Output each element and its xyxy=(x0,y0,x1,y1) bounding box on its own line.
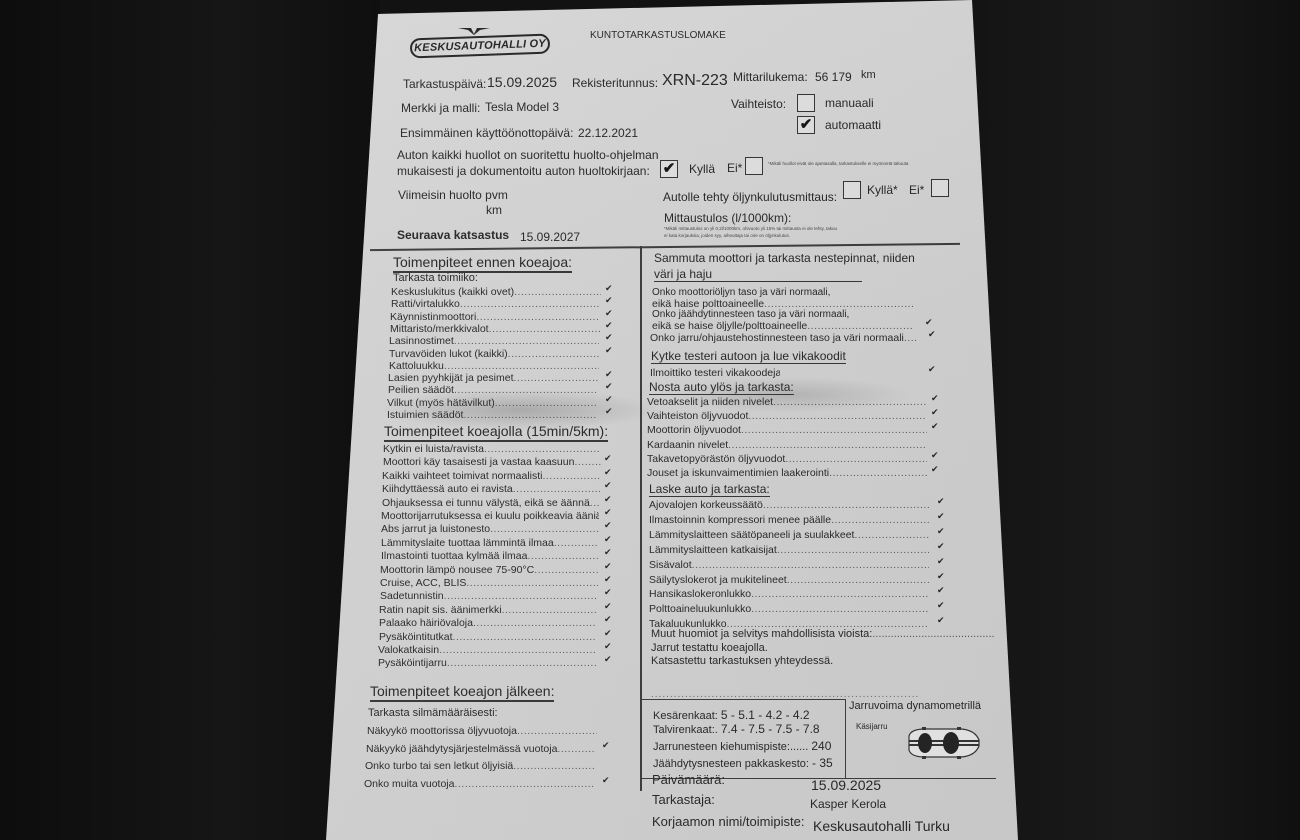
checklist-item: Ilmastoinnin kompressori menee päälle...… xyxy=(649,514,929,526)
coolant-label: Jäähdytysnesteen pakkaskesto: - 35 xyxy=(653,756,833,770)
checklist-item: Keskuslukitus (kaikki ovet).............… xyxy=(391,286,601,298)
oil-footnote-1: *Mikäli mittaustulos on yli 0,2l/1000km,… xyxy=(664,226,837,231)
company-logo-wing-icon xyxy=(458,27,490,35)
checklist-item: Pysäköintijarru.........................… xyxy=(378,657,596,669)
checklist-item-label: Moottorin öljyvuodot xyxy=(647,424,741,436)
dotted-leader: ........................................… xyxy=(484,443,601,455)
check-icon[interactable]: ✔ xyxy=(937,526,945,537)
dotted-leader: ........................................… xyxy=(785,453,927,465)
check-icon: ✔ xyxy=(663,160,676,177)
check-icon[interactable]: ✔ xyxy=(604,547,612,558)
checklist-item-label: Käynnistinmoottori xyxy=(390,311,476,323)
checklist-item: Lasinnostimet...........................… xyxy=(389,335,599,347)
oil-footnote-2: ei kata korjauksia, joiden syy, aiheutta… xyxy=(664,233,790,238)
check-icon[interactable]: ✔ xyxy=(931,464,939,475)
checklist-item-label: Kardaanin nivelet xyxy=(647,439,728,451)
dotted-leader: ........................................… xyxy=(454,384,598,396)
dotted-leader: ........................................… xyxy=(444,590,598,602)
background-right xyxy=(970,0,1300,840)
checklist-item-label: Ilmoittiko testeri vikakoodeja xyxy=(650,367,780,379)
check-icon[interactable]: ✔ xyxy=(604,641,612,652)
checklist-item-label: Lämmityslaitteen säätöpaneeli ja suulakk… xyxy=(649,529,854,541)
checklist-item: Istuimien säädöt........................… xyxy=(387,409,597,421)
checklist-item: Vaihteiston öljyvuodot..................… xyxy=(647,410,927,422)
check-icon[interactable]: ✔ xyxy=(605,406,613,417)
checklist-item-label: Onko turbo tai sen letkut öljyisiä xyxy=(365,760,513,772)
dotted-leader: ........................................… xyxy=(513,760,595,772)
remarks-label: Muut huomiot ja selvitys mahdollisista v… xyxy=(651,628,995,640)
next-inspection-label: Seuraava katsastus xyxy=(397,228,509,242)
checklist-item: Ilmoittiko testeri vikakoodeja..........… xyxy=(650,367,780,379)
oil-measurement-no-checkbox[interactable] xyxy=(931,179,949,197)
checklist-item: Lasien pyyhkijät ja pesimet.............… xyxy=(388,372,598,384)
check-icon[interactable]: ✔ xyxy=(605,381,613,392)
check-icon[interactable]: ✔ xyxy=(605,332,613,343)
diagnostics-title: Kytke testeri autoon ja lue vikakoodit xyxy=(651,349,846,364)
dotted-leader: ........................................… xyxy=(807,320,914,332)
dotted-leader: ........................................… xyxy=(513,483,600,495)
gearbox-automatic-label: automaatti xyxy=(825,118,881,132)
checklist-item: Mittaristo/merkkivalot..................… xyxy=(390,323,600,335)
brake-fluid-value: 240 xyxy=(811,739,831,753)
checklist-item-label: Jouset ja iskunvaimentimien laakerointi xyxy=(647,467,829,479)
make-model: Tesla Model 3 xyxy=(485,100,559,114)
checklist-item: Kattoluukku.............................… xyxy=(389,360,599,372)
checklist-item: Moottorin lämpö nousee 75-90°C..........… xyxy=(380,564,598,576)
dotted-leader: ........................................… xyxy=(460,298,601,310)
checklist-item-label: Ratin napit sis. äänimerkki xyxy=(379,604,502,616)
dotted-leader: ........................................… xyxy=(542,470,600,482)
checklist-item-label: Takavetopyörästön öljyvuodot xyxy=(647,453,785,465)
dotted-leader: ........................................… xyxy=(463,409,597,421)
checklist-item: Hansikaslokeronlukko....................… xyxy=(649,588,929,600)
dotted-leader: ........................................… xyxy=(763,499,929,511)
dotted-leader: ........................................… xyxy=(502,604,597,616)
dotted-leader: ........................................… xyxy=(829,467,927,479)
inspector-name: Kasper Kerola xyxy=(810,797,886,811)
checklist-item: Sadetunnistin...........................… xyxy=(380,590,598,602)
checklist-item: Kytkin ei luista/ravista................… xyxy=(383,443,601,455)
services-yes-label: Kyllä xyxy=(689,162,715,176)
signature-date: 15.09.2025 xyxy=(811,777,881,793)
checklist-item-label: Lämmityslaitteen katkaisijat xyxy=(649,544,777,556)
checklist-item-label: Keskuslukitus (kaikki ovet) xyxy=(391,286,514,298)
services-done-text-2: mukaisesti ja dokumentoitu auton huoltok… xyxy=(397,164,650,178)
winter-tires-value: 7.4 - 7.5 - 7.5 - 7.8 xyxy=(721,722,820,736)
dotted-leader: ........................................… xyxy=(453,631,597,643)
dotted-leader: ........................................… xyxy=(773,396,927,408)
fluids-title-1: Sammuta moottori ja tarkasta nestepinnat… xyxy=(654,251,915,265)
checklist-item-label: Ilmastoinnin kompressori menee päälle xyxy=(649,514,831,526)
brake-fluid-label: Jarrunesteen kiehumispiste:...... 240 xyxy=(653,739,831,753)
column-divider xyxy=(640,246,642,791)
check-icon: ✔ xyxy=(800,116,813,133)
dotted-leader: ........................................… xyxy=(489,323,600,335)
odometer-unit: km xyxy=(861,69,876,81)
checklist-item: Lämmityslaitteen säätöpaneeli ja suulakk… xyxy=(649,529,929,541)
check-icon[interactable]: ✔ xyxy=(937,600,945,611)
dotted-leader: ........................................… xyxy=(476,311,600,323)
checklist-item-label: Ilmastointi tuottaa kylmää ilmaa xyxy=(381,550,527,562)
checklist-item: Moottorijarrutuksessa ei kuulu poikkeavi… xyxy=(381,510,599,522)
check-icon[interactable]: ✔ xyxy=(605,320,613,331)
check-icon[interactable]: ✔ xyxy=(605,394,613,405)
checklist-item: Moottori käy tasaisesti ja vastaa kaasuu… xyxy=(383,456,601,468)
dotted-leader: ........................................… xyxy=(777,544,929,556)
check-icon[interactable]: ✔ xyxy=(604,628,612,639)
winter-tires-label-text: Talvirenkaat:. xyxy=(653,724,718,736)
checklist-item-label: Vaihteiston öljyvuodot xyxy=(647,410,748,422)
first-registration-date: 22.12.2021 xyxy=(578,126,638,140)
checklist-item-label: Pysäköintijarru xyxy=(378,657,447,669)
checklist-item: Cruise, ACC, BLIS.......................… xyxy=(380,577,598,589)
checklist-item: Turvavöiden lukot (kaikki)..............… xyxy=(389,348,599,360)
date-label: Päivämäärä: xyxy=(652,772,725,787)
oil-yes-label: Kyllä* xyxy=(867,183,898,197)
fluid-check-line-1: Onko jäähdytinnesteen taso ja väri norma… xyxy=(652,309,849,320)
check-icon[interactable]: ✔ xyxy=(931,450,939,461)
check-icon[interactable]: ✔ xyxy=(605,295,613,306)
checklist-item-label: Kiihdyttäessä auto ei ravista xyxy=(382,483,513,495)
checklist-item-label: Ratti/virtalukko xyxy=(391,298,460,310)
check-icon[interactable]: ✔ xyxy=(604,507,612,518)
checklist-item-label: Näkyykö moottorissa öljyvuotoja xyxy=(367,725,517,737)
checklist-item: Peilien säädöt..........................… xyxy=(388,384,598,396)
check-icon[interactable]: ✔ xyxy=(937,615,945,626)
checklist-item: Polttoaineluukunlukko...................… xyxy=(649,603,929,615)
check-icon[interactable]: ✔ xyxy=(604,654,612,665)
check-icon[interactable]: ✔ xyxy=(928,364,936,375)
checklist-item-label: Ajovalojen korkeussäätö xyxy=(649,499,763,511)
inspection-date-label: Tarkastuspäivä: xyxy=(403,77,486,91)
checklist-item-label: Turvavöiden lukot (kaikki) xyxy=(389,348,508,360)
coolant-value: - 35 xyxy=(812,756,833,770)
oil-result-label: Mittaustulos (l/1000km): xyxy=(664,211,791,225)
checklist-item-label: Säilytyslokerot ja mukitelineet xyxy=(649,574,787,586)
checklist-item-label: Näkyykö jäähdytysjärjestelmässä vuotoja xyxy=(366,743,557,755)
dotted-leader: ........................................… xyxy=(741,424,927,436)
after-test-drive-title: Toimenpiteet koeajon jälkeen: xyxy=(370,683,554,702)
check-icon[interactable]: ✔ xyxy=(937,571,945,582)
check-icon[interactable]: ✔ xyxy=(604,614,612,625)
odometer-value: 56 179 xyxy=(815,70,852,84)
dotted-leader: ........................................… xyxy=(831,514,929,526)
gearbox-automatic-checkbox[interactable]: ✔ xyxy=(797,116,815,134)
checklist-item-label: Lasinnostimet xyxy=(389,335,454,347)
workshop-label: Korjaamon nimi/toimipiste: xyxy=(652,814,804,829)
checklist-item-label: eikä se haise öljylle/polttoaineelle xyxy=(652,320,807,332)
dotted-leader: ........................................… xyxy=(692,559,929,571)
workshop-name: Keskusautohalli Turku xyxy=(813,818,950,834)
checklist-item-label: Hansikaslokeronlukko xyxy=(649,588,751,600)
checklist-item: Abs jarrut ja luistonesto...............… xyxy=(381,523,599,535)
dotted-leader: ........................................… xyxy=(590,497,600,509)
checklist-item-label: Sisävalot xyxy=(649,559,692,571)
remarks-line-2: Katsastettu tarkastuksen yhteydessä. xyxy=(651,655,833,667)
dotted-leader: ........................................… xyxy=(447,657,596,669)
check-icon[interactable]: ✔ xyxy=(604,534,612,545)
checklist-item: Onko muita vuotoja......................… xyxy=(364,778,594,790)
coolant-label-text: Jäähdytysnesteen pakkaskesto: xyxy=(653,758,809,770)
checklist-item: Lämmityslaite tuottaa lämmintä ilmaa....… xyxy=(381,537,599,549)
check-icon[interactable]: ✔ xyxy=(937,585,945,596)
checklist-item-label: Onko muita vuotoja xyxy=(364,778,454,790)
dotted-leader: ........................................… xyxy=(854,529,929,541)
before-test-drive-title: Toimenpiteet ennen koeajoa: xyxy=(393,254,572,273)
dotted-leader: ........................................… xyxy=(454,335,599,347)
checklist-item: Onko turbo tai sen letkut öljyisiä......… xyxy=(365,760,595,772)
dotted-leader: ........................................… xyxy=(508,348,599,360)
services-done-text-1: Auton kaikki huollot on suoritettu huolt… xyxy=(397,148,659,162)
first-registration-label: Ensimmäinen käyttöönottopäivä: xyxy=(400,126,573,140)
measurements-divider xyxy=(845,699,846,779)
make-model-label: Merkki ja malli: xyxy=(401,101,480,115)
check-icon[interactable]: ✔ xyxy=(925,317,933,328)
check-icon[interactable]: ✔ xyxy=(937,496,945,507)
checklist-item-label: Palaako häiriövaloja xyxy=(379,617,473,629)
checklist-item: Säilytyslokerot ja mukitelineet.........… xyxy=(649,574,929,586)
checklist-item: Näkyykö jäähdytysjärjestelmässä vuotoja.… xyxy=(366,743,596,755)
checklist-item-label: Vetoakselit ja niiden nivelet xyxy=(647,396,773,408)
dotted-leader: ........................................… xyxy=(751,603,929,615)
checklist-item-label: Cruise, ACC, BLIS xyxy=(380,577,466,589)
checklist-item-label: Mittaristo/merkkivalot xyxy=(390,323,489,335)
measurements-top-line xyxy=(641,699,845,700)
checklist-item-label: Pysäköintitutkat xyxy=(379,631,453,643)
checklist-item-label: Vilkut (myös hätävilkut) xyxy=(387,397,495,409)
checklist-item: Onko jarru/ohjaustehostinnesteen taso ja… xyxy=(650,332,918,344)
checklist-item: Lämmityslaitteen katkaisijat............… xyxy=(649,544,929,556)
handbrake-label: Käsijarru xyxy=(856,722,888,731)
gearbox-manual-label: manuaali xyxy=(825,96,874,110)
checklist-item: Ilmastointi tuottaa kylmää ilmaa........… xyxy=(381,550,599,562)
last-service-km-label: km xyxy=(486,203,502,217)
check-icon[interactable]: ✔ xyxy=(602,775,610,786)
services-no-label: Ei* xyxy=(727,161,742,175)
check-icon[interactable]: ✔ xyxy=(604,520,612,531)
checklist-item: Sisävalot...............................… xyxy=(649,559,929,571)
checklist-item: Ratin napit sis. äänimerkki.............… xyxy=(379,604,597,616)
after-test-drive-subtitle: Tarkasta silmämääräisesti: xyxy=(368,707,498,719)
services-done-yes-checkbox[interactable]: ✔ xyxy=(660,160,678,178)
check-icon[interactable]: ✔ xyxy=(604,574,612,585)
checklist-item: Ohjauksessa ei tunnu välystä, eikä se ää… xyxy=(382,497,600,509)
check-icon[interactable]: ✔ xyxy=(937,556,945,567)
inspector-label: Tarkastaja: xyxy=(652,792,715,807)
form-title: KUNTOTARKASTUSLOMAKE xyxy=(590,30,726,41)
check-icon[interactable]: ✔ xyxy=(928,329,936,340)
next-inspection-date: 15.09.2027 xyxy=(520,230,580,244)
checklist-item-label: Lämmityslaite tuottaa lämmintä ilmaa xyxy=(381,537,554,549)
dotted-leader: ........................................… xyxy=(527,550,599,562)
check-icon[interactable]: ✔ xyxy=(604,561,612,572)
dotted-leader: ........................................… xyxy=(904,332,918,344)
odometer-label: Mittarilukema: xyxy=(733,70,808,84)
checklist-item: Vilkut (myös hätävilkut)................… xyxy=(387,397,597,409)
dotted-leader: ........................................… xyxy=(473,617,597,629)
before-test-drive-subtitle: Tarkasta toimiiko: xyxy=(393,272,478,284)
summer-tires-label: Kesärenkaat: 5 - 5.1 - 4.2 - 4.2 xyxy=(653,708,810,722)
dotted-leader: ........................................… xyxy=(513,372,598,384)
dotted-leader: ........................................… xyxy=(454,778,594,790)
checklist-item-label: Peilien säädöt xyxy=(388,384,454,396)
checklist-item: eikä se haise öljylle/polttoaineelle....… xyxy=(652,320,914,332)
summer-tires-label-text: Kesärenkaat: xyxy=(653,710,718,722)
check-icon[interactable]: ✔ xyxy=(937,511,945,522)
checklist-item: Jouset ja iskunvaimentimien laakerointi.… xyxy=(647,467,927,479)
oil-no-label: Ei* xyxy=(909,183,924,197)
check-icon[interactable]: ✔ xyxy=(937,541,945,552)
checklist-item: Vetoakselit ja niiden nivelet...........… xyxy=(647,396,927,408)
last-service-label: Viimeisin huolto pvm xyxy=(398,188,508,202)
remarks-label-text: Muut huomiot ja selvitys mahdollisista v… xyxy=(651,628,872,640)
checklist-item-label: Ohjauksessa ei tunnu välystä, eikä se ää… xyxy=(382,497,590,509)
fluids-title-2: väri ja haju xyxy=(654,267,862,282)
inspection-date: 15.09.2025 xyxy=(487,74,557,90)
dotted-leader: ........................................… xyxy=(554,537,599,549)
dynamometer-title: Jarruvoima dynamometrillä xyxy=(849,700,981,712)
checklist-item-label: Kytkin ei luista/ravista xyxy=(383,443,484,455)
check-icon[interactable]: ✔ xyxy=(604,480,612,491)
dotted-leader: ........................................… xyxy=(439,644,596,656)
checklist-item-label: Valokatkaisin xyxy=(378,644,439,656)
dotted-leader: ........................................… xyxy=(466,577,598,589)
checklist-item-label: Abs jarrut ja luistonesto xyxy=(381,523,490,535)
checklist-item-label: Polttoaineluukunlukko xyxy=(649,603,751,615)
checklist-item-label: Moottori käy tasaisesti ja vastaa kaasuu… xyxy=(383,456,574,468)
remarks-line-1: Jarrut testattu koeajolla. xyxy=(651,642,768,654)
checklist-item-label: Istuimien säädöt xyxy=(387,409,463,421)
checklist-item-label: Kattoluukku xyxy=(389,360,444,372)
lowered-title: Laske auto ja tarkasta: xyxy=(649,482,770,497)
checklist-item-label: Onko jarru/ohjaustehostinnesteen taso ja… xyxy=(650,332,904,344)
car-top-view-icon xyxy=(905,726,981,760)
lifted-title: Nosta auto ylös ja tarkasta: xyxy=(649,380,794,395)
checklist-item-label: Moottorijarrutuksessa ei kuulu poikkeavi… xyxy=(381,510,599,522)
checklist-item-label: Lasien pyyhkijät ja pesimet xyxy=(388,372,513,384)
checklist-item-label: Moottorin lämpö nousee 75-90°C xyxy=(380,564,534,576)
check-icon[interactable]: ✔ xyxy=(605,345,613,356)
checklist-item: Näkyykö moottorissa öljyvuotoja.........… xyxy=(367,725,597,737)
check-icon[interactable]: ✔ xyxy=(604,601,612,612)
services-footnote: *Mikäli huollot eivät ole ajantasalla, t… xyxy=(768,161,908,166)
background-left xyxy=(0,0,380,840)
check-icon[interactable]: ✔ xyxy=(604,587,612,598)
check-icon[interactable]: ✔ xyxy=(605,369,613,380)
dotted-leader: ........................................… xyxy=(514,286,601,298)
checklist-item: Valokatkaisin...........................… xyxy=(378,644,596,656)
services-done-no-checkbox[interactable] xyxy=(745,157,763,175)
check-icon[interactable]: ✔ xyxy=(604,494,612,505)
checklist-item: Kaikki vaihteet toimivat normaalisti....… xyxy=(382,470,600,482)
dotted-leader: ........................................… xyxy=(748,410,927,422)
checklist-item: Kiihdyttäessä auto ei ravista...........… xyxy=(382,483,600,495)
checklist-item: Moottorin öljyvuodot....................… xyxy=(647,424,927,436)
check-icon[interactable]: ✔ xyxy=(931,393,939,404)
dotted-leader: ........................................… xyxy=(444,360,599,372)
check-icon[interactable]: ✔ xyxy=(605,283,613,294)
checklist-item: Ajovalojen korkeussäätö.................… xyxy=(649,499,929,511)
checklist-item: Palaako häiriövaloja....................… xyxy=(379,617,597,629)
dotted-leader: ........................................… xyxy=(728,439,927,451)
checklist-item: Takavetopyörästön öljyvuodot............… xyxy=(647,453,927,465)
registration-number: XRN-223 xyxy=(662,72,728,90)
checklist-item-label: Sadetunnistin xyxy=(380,590,444,602)
check-icon[interactable]: ✔ xyxy=(605,308,613,319)
check-icon[interactable]: ✔ xyxy=(931,421,939,432)
dotted-leader: ........................................… xyxy=(517,725,597,737)
oil-measurement-label: Autolle tehty öljynkulutusmittaus: xyxy=(663,190,837,204)
checklist-item: Ratti/virtalukko........................… xyxy=(391,298,601,310)
check-icon[interactable]: ✔ xyxy=(604,453,612,464)
checklist-item: Pysäköintitutkat........................… xyxy=(379,631,597,643)
dotted-leader: ........................................… xyxy=(751,588,929,600)
check-icon[interactable]: ✔ xyxy=(604,467,612,478)
checklist-item-label: Kaikki vaihteet toimivat normaalisti xyxy=(382,470,542,482)
during-test-drive-title: Toimenpiteet koeajolla (15min/5km): xyxy=(384,423,608,442)
registration-label: Rekisteritunnus: xyxy=(572,76,658,90)
winter-tires-label: Talvirenkaat:. 7.4 - 7.5 - 7.5 - 7.8 xyxy=(653,722,820,736)
oil-measurement-yes-checkbox[interactable] xyxy=(843,181,861,199)
dotted-leader: ........................................… xyxy=(787,574,929,586)
dotted-leader: ........................................… xyxy=(490,523,599,535)
gearbox-manual-checkbox[interactable] xyxy=(797,94,815,112)
dotted-leader: ........................................… xyxy=(557,743,596,755)
summer-tires-value: 5 - 5.1 - 4.2 - 4.2 xyxy=(721,708,810,722)
dotted-leader: ........................................… xyxy=(534,564,598,576)
check-icon[interactable]: ✔ xyxy=(602,740,610,751)
dotted-leader: ........................................… xyxy=(495,397,597,409)
brake-fluid-label-text: Jarrunesteen kiehumispiste:...... xyxy=(653,741,808,753)
fluid-check-line-1: Onko moottoriöljyn taso ja väri normaali… xyxy=(652,287,830,298)
check-icon[interactable]: ✔ xyxy=(931,407,939,418)
checklist-item: Käynnistinmoottori......................… xyxy=(390,311,600,323)
dotted-leader: ........................................… xyxy=(574,456,601,468)
checklist-item: Kardaanin nivelet.......................… xyxy=(647,439,927,451)
gearbox-label: Vaihteisto: xyxy=(731,97,786,111)
